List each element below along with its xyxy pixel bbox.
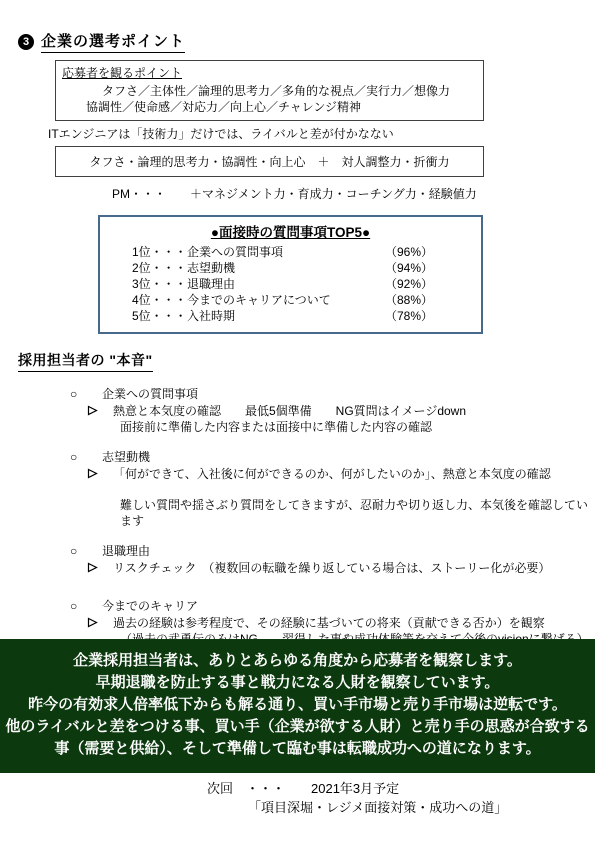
section-title: 今までのキャリア [102,598,198,614]
top5-percent: （94%） [385,260,433,276]
arrow-bullet-icon [87,467,113,483]
circle-bullet-icon: ○ [70,449,102,465]
top5-rank: 1位・・・ [132,244,187,260]
section-resignation-reason: ○ 退職理由 リスクチェック （複数回の転職を繰り返している場合は、ストーリー化… [0,543,595,576]
pm-note: PM・・・ ＋マネジメント力・育成力・コーチング力・経験値力 [112,185,595,202]
top5-percent: （78%） [385,308,433,324]
top5-row: 3位・・・ 退職理由 （92%） [110,276,471,292]
circle-bullet-icon: ○ [70,386,102,402]
applicant-observe-box: 応募者を観るポイント タフさ／主体性／論理的思考力／多角的な視点／実行力／想像力… [55,60,484,121]
top5-label: 志望動機 [187,260,385,276]
top5-rank: 5位・・・ [132,308,187,324]
observe-box-line2: 協調性／使命感／対応力／向上心／チャレンジ精神 [62,99,477,115]
top5-row: 1位・・・ 企業への質問事項 （96%） [110,244,471,260]
arrow-bullet-icon [87,404,113,420]
top5-row: 4位・・・ 今までのキャリアについて （88%） [110,292,471,308]
summary-line: 事（需要と供給）、そして準備して臨む事は転職成功への道になります。 [0,738,595,760]
arrow-bullet-icon [87,561,113,577]
summary-line: 早期退職を防止する事と戦力になる人財を観察しています。 [0,672,595,694]
top5-label: 今までのキャリアについて [187,292,385,308]
it-engineer-note: ITエンジニアは「技術力」だけでは、ライバルと差が付かなない [48,127,595,142]
top5-title: ●面接時の質問事項TOP5● [110,221,471,241]
section-company-questions: ○ 企業への質問事項 熱意と本気度の確認 最低5個準備 NG質問はイメージdow… [0,386,595,435]
top5-rank: 3位・・・ [132,276,187,292]
summary-line: 企業採用担当者は、ありとあらゆる角度から応募者を観察します。 [0,650,595,672]
section-title: 退職理由 [102,543,150,559]
circle-bullet-icon: ○ [70,543,102,559]
top5-rank: 2位・・・ [132,260,187,276]
observe-box-line1: タフさ／主体性／論理的思考力／多角的な視点／実行力／想像力 [62,83,477,99]
section-arrow-text: 熱意と本気度の確認 最低5個準備 NG質問はイメージdown [113,403,466,419]
top5-label: 退職理由 [187,276,385,292]
section-title: 志望動機 [102,449,150,465]
observe-box-heading: 応募者を観るポイント [62,64,477,81]
document-page: 3 企業の選考ポイント 応募者を観るポイント タフさ／主体性／論理的思考力／多角… [0,0,595,842]
top5-percent: （88%） [385,292,433,308]
summary-line: 他のライバルと差をつける事、買い手（企業が欲する人財）と売り手の思惑が合致する [0,716,595,738]
number-3-circle-icon: 3 [18,34,34,50]
next-session-note: 次回 ・・・ 2021年3月予定 「項目深堀・レジメ面接対策・成功への道」 [0,779,595,817]
top5-percent: （92%） [385,276,433,292]
next-session-topic: 「項目深堀・レジメ面接対策・成功への道」 [248,798,595,817]
page-title-text: 企業の選考ポイント [41,30,185,53]
page-title: 3 企業の選考ポイント [18,30,595,53]
circle-bullet-icon: ○ [70,598,102,614]
honne-section-heading: 採用担当者の "本音" [18,350,153,372]
section-title: 企業への質問事項 [102,386,198,402]
section-cont-text: 面接前に準備した内容または面接中に準備した内容の確認 [0,419,595,435]
next-session-date: 次回 ・・・ 2021年3月予定 [207,779,595,798]
top5-questions-box: ●面接時の質問事項TOP5● 1位・・・ 企業への質問事項 （96%） 2位・・… [98,215,483,334]
top5-label: 企業への質問事項 [187,244,385,260]
section-cont-text: 難しい質問や揺さぶり質問をしてきますが、忍耐力や切り返し力、本気後を確認していま… [0,497,595,529]
section-motivation: ○ 志望動機 「何ができて、入社後に何ができるのか、何がしたいのか」、熱意と本気… [0,449,595,529]
summary-line: 昨今の有効求人倍率低下からも解る通り、買い手市場と売り手市場は逆転です。 [0,694,595,716]
top5-rank: 4位・・・ [132,292,187,308]
top5-row: 2位・・・ 志望動機 （94%） [110,260,471,276]
arrow-bullet-icon [87,616,113,632]
skills-box: タフさ・論理的思考力・協調性・向上心 ＋ 対人調整力・折衝力 [55,146,484,177]
section-arrow-text: 「何ができて、入社後に何ができるのか、何がしたいのか」、熱意と本気度の確認 [113,466,551,482]
top5-row: 5位・・・ 入社時期 （78%） [110,308,471,324]
summary-banner: 企業採用担当者は、ありとあらゆる角度から応募者を観察します。 早期退職を防止する… [0,639,595,773]
section-arrow-text: リスクチェック （複数回の転職を繰り返している場合は、ストーリー化が必要） [113,560,550,576]
section-arrow-text: 過去の経験は参考程度で、その経験に基づいての将来（貢献できる否か）を観察 [113,615,545,631]
top5-percent: （96%） [385,244,433,260]
top5-label: 入社時期 [187,308,385,324]
